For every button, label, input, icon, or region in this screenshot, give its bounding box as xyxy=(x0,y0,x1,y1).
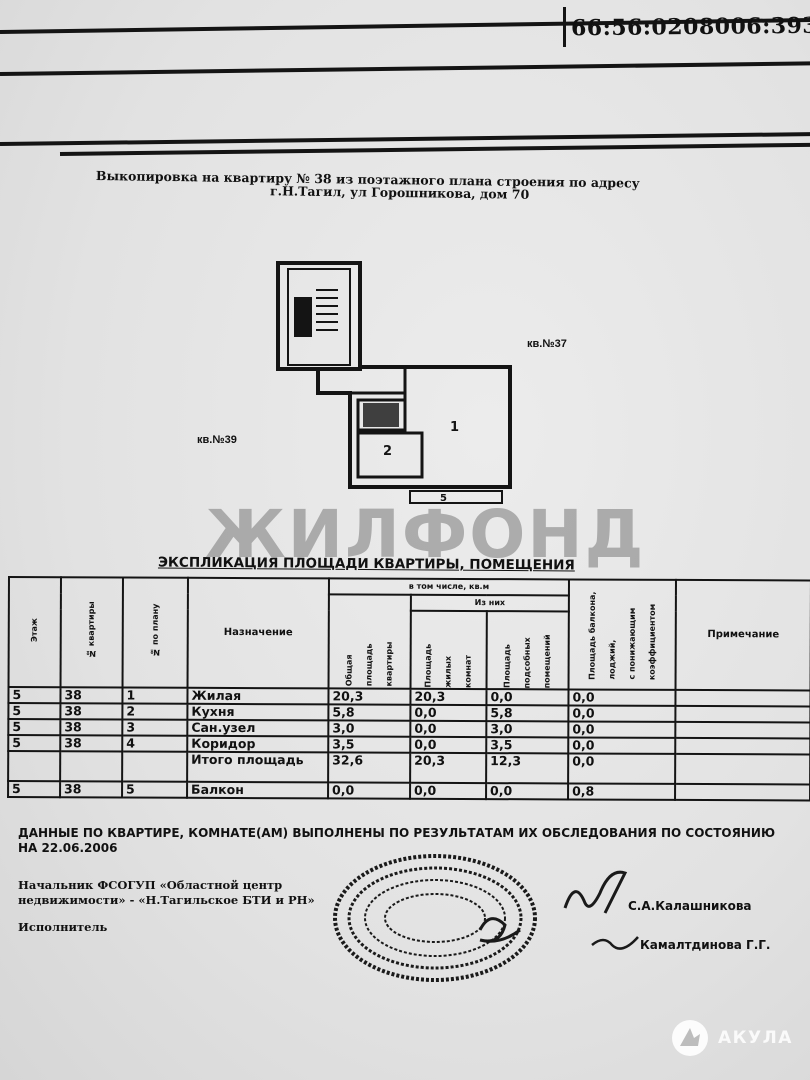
executor-label: Исполнитель xyxy=(18,920,315,935)
cell-total: 3,0 xyxy=(328,720,410,736)
cell-total: 3,5 xyxy=(328,736,410,752)
header-balcony-area: Площадь балкона, лоджий, с понижающим ко… xyxy=(569,579,676,689)
table-row: Итого площадь32,620,312,30,0 xyxy=(8,751,810,784)
header-of-which: Из них xyxy=(411,595,569,612)
cell-plan-no: 5 xyxy=(122,781,187,797)
cell-living: 0,0 xyxy=(410,783,486,799)
akula-logo: АКУЛА xyxy=(672,1020,793,1056)
cell-floor: 5 xyxy=(8,687,60,703)
cell-total: 32,6 xyxy=(328,752,410,782)
cell-floor: 5 xyxy=(8,719,60,735)
header-floor: Этаж xyxy=(9,577,61,687)
cell-auxiliary: 0,0 xyxy=(486,783,568,799)
shark-icon xyxy=(672,1020,708,1056)
cell-note xyxy=(675,706,810,723)
official-stamp xyxy=(330,850,550,985)
cell-floor: 5 xyxy=(8,703,60,719)
cell-total: 0,0 xyxy=(328,782,410,798)
chief-title-line1: Начальник ФСОГУП «Областной центр xyxy=(18,878,315,893)
executor-name: Камалтдинова Г.Г. xyxy=(640,938,770,952)
header-including: в том числе, кв.м xyxy=(329,578,569,595)
cell-floor: 5 xyxy=(8,781,60,797)
header-living-area: Площадь жилых комнат xyxy=(411,611,487,689)
cell-note xyxy=(675,784,810,801)
header-apartment-no: № квартиры xyxy=(61,577,123,687)
cell-name: Итого площадь xyxy=(187,752,328,783)
svg-text:2: 2 xyxy=(383,444,392,459)
cell-total: 5,8 xyxy=(328,704,410,720)
neighbor-apartment-left: кв.№39 xyxy=(197,434,237,446)
cadastral-number: 66:56:0208006:393 xyxy=(571,13,810,42)
neighbor-apartment-right: кв.№37 xyxy=(527,338,567,350)
cell-auxiliary: 12,3 xyxy=(486,753,568,783)
cell-balcony: 0,0 xyxy=(568,689,675,705)
cell-apartment xyxy=(60,751,122,781)
cell-note xyxy=(675,722,810,739)
explication-title: ЭКСПЛИКАЦИЯ ПЛОЩАДИ КВАРТИРЫ, ПОМЕЩЕНИЯ xyxy=(158,555,575,574)
cell-apartment: 38 xyxy=(60,703,122,719)
cell-floor: 5 xyxy=(8,735,60,751)
cell-apartment: 38 xyxy=(60,781,122,797)
floor-plan: 1 2 5 xyxy=(260,255,530,505)
header-auxiliary-area: Площадь подсобных помещений xyxy=(487,611,569,689)
cell-auxiliary: 5,8 xyxy=(486,705,568,721)
table-row: 5385Балкон0,00,00,00,8 xyxy=(8,781,810,800)
explication-table: Этаж № квартиры № по плану Назначение в … xyxy=(7,576,810,802)
cell-balcony: 0,0 xyxy=(568,737,675,753)
cell-living: 20,3 xyxy=(410,753,486,783)
cell-name: Коридор xyxy=(187,736,328,753)
cell-balcony: 0,8 xyxy=(568,783,675,799)
cell-name: Сан.узел xyxy=(187,720,328,737)
cell-auxiliary: 0,0 xyxy=(486,689,568,705)
cell-floor xyxy=(8,751,60,781)
header-note: Примечание xyxy=(676,580,810,691)
header-plan-no: № по плану xyxy=(123,578,188,688)
cell-apartment: 38 xyxy=(60,735,122,751)
cell-plan-no: 2 xyxy=(122,704,187,720)
cell-living: 0,0 xyxy=(410,737,486,753)
cell-apartment: 38 xyxy=(60,687,122,703)
cell-name: Жилая xyxy=(187,688,328,705)
cell-auxiliary: 3,5 xyxy=(486,737,568,753)
cell-apartment: 38 xyxy=(60,719,122,735)
header-name: Назначение xyxy=(188,578,329,689)
cell-balcony: 0,0 xyxy=(568,753,675,783)
cell-plan-no: 3 xyxy=(122,720,187,736)
cell-living: 0,0 xyxy=(410,721,486,737)
signature-executor xyxy=(590,925,640,955)
cell-name: Кухня xyxy=(187,704,328,721)
logo-text: АКУЛА xyxy=(718,1028,793,1048)
cell-note xyxy=(675,690,810,707)
cell-balcony: 0,0 xyxy=(568,705,675,721)
cell-name: Балкон xyxy=(187,782,328,799)
cell-living: 20,3 xyxy=(410,689,486,705)
chief-title-line2: недвижимости» - «Н.Тагильское БТИ и РН» xyxy=(18,893,315,908)
chief-name: С.А.Калашникова xyxy=(628,899,752,913)
cell-living: 0,0 xyxy=(410,705,486,721)
cell-total: 20,3 xyxy=(328,688,410,704)
cell-plan-no xyxy=(122,752,187,782)
header-total-area: Общая площадь квартиры xyxy=(329,594,411,688)
svg-text:1: 1 xyxy=(450,420,459,435)
cell-note xyxy=(675,754,810,785)
cell-balcony: 0,0 xyxy=(568,721,675,737)
cell-plan-no: 1 xyxy=(122,688,187,704)
cell-plan-no: 4 xyxy=(122,736,187,752)
cell-note xyxy=(675,738,810,755)
cell-auxiliary: 3,0 xyxy=(486,721,568,737)
signature-block: Начальник ФСОГУП «Областной центр недвиж… xyxy=(18,878,315,935)
